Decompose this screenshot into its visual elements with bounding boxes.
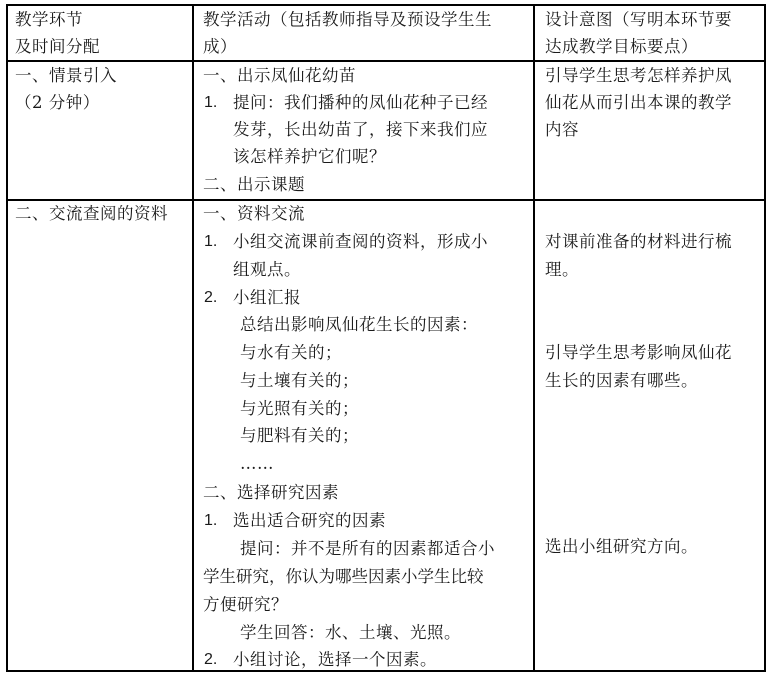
row1-item1-line-3: 该怎样养护它们呢？ bbox=[233, 143, 386, 170]
row2-item2-line-1: 总结出影响凤仙花生长的因素： bbox=[240, 311, 478, 338]
row1-item1-line-2: 发芽，长出幼苗了，接下来我们应 bbox=[233, 116, 488, 143]
row1-intent-line-2: 仙花从而引出本课的教学 bbox=[545, 89, 732, 116]
row2-item4-number: 2. bbox=[204, 646, 217, 673]
row2-item3-number: 1. bbox=[204, 507, 217, 534]
row2-item2-title: 小组汇报 bbox=[233, 284, 301, 311]
row2-item1-number: 1. bbox=[204, 228, 217, 255]
row2-stage-title: 二、交流查阅的资料 bbox=[15, 200, 168, 227]
row2-item3-line-4: 学生回答：水、土壤、光照。 bbox=[240, 619, 461, 646]
row2-intent-a-line-2: 理。 bbox=[545, 256, 579, 283]
row2-activity-heading-2: 二、选择研究因素 bbox=[203, 479, 339, 506]
row1-activity-heading-1: 一、出示凤仙花幼苗 bbox=[203, 62, 356, 89]
row2-intent-b-line-1: 引导学生思考影响凤仙花 bbox=[545, 339, 732, 366]
header-activity-line-1: 教学活动（包括教师指导及预设学生生 bbox=[203, 6, 492, 33]
row2-item2-number: 2. bbox=[204, 284, 217, 311]
row2-item2-line-2: 与水有关的； bbox=[240, 339, 342, 366]
row1-stage-time: （2 分钟） bbox=[15, 89, 100, 116]
row2-item3-line-3: 方便研究？ bbox=[203, 591, 288, 618]
row2-item2-line-3: 与土壤有关的； bbox=[240, 367, 359, 394]
row2-activity-heading-1: 一、资料交流 bbox=[203, 200, 305, 227]
header-intent-line-1: 设计意图（写明本环节要 bbox=[545, 6, 732, 33]
header-intent-line-2: 达成教学目标要点） bbox=[545, 33, 698, 60]
row1-intent-line-3: 内容 bbox=[545, 116, 579, 143]
row1-activity-heading-2: 二、出示课题 bbox=[203, 171, 305, 198]
row2-item3-line-2: 学生研究，你认为哪些因素小学生比较 bbox=[203, 563, 484, 590]
header-activity-line-2: 成） bbox=[203, 33, 237, 60]
row2-item3-line-1: 提问：并不是所有的因素都适合小 bbox=[240, 535, 495, 562]
row2-item1-line-2: 组观点。 bbox=[233, 256, 301, 283]
row1-intent-line-1: 引导学生思考怎样养护凤 bbox=[545, 62, 732, 89]
row2-item2-line-4: 与光照有关的； bbox=[240, 395, 359, 422]
row2-item3-title: 选出适合研究的因素 bbox=[233, 507, 386, 534]
row2-item4-title: 小组讨论，选择一个因素。 bbox=[233, 646, 437, 673]
row1-item1-line-1: 提问：我们播种的凤仙花种子已经 bbox=[233, 89, 488, 116]
row2-item2-line-6: …… bbox=[240, 450, 274, 477]
row1-stage-title: 一、情景引入 bbox=[15, 62, 117, 89]
row2-intent-a-line-1: 对课前准备的材料进行梳 bbox=[545, 228, 732, 255]
row2-item1-line-1: 小组交流课前查阅的资料，形成小 bbox=[233, 228, 488, 255]
header-stage-line-2: 及时间分配 bbox=[15, 33, 100, 60]
row2-intent-b-line-2: 生长的因素有哪些。 bbox=[545, 367, 698, 394]
column-divider-2 bbox=[533, 6, 535, 670]
header-stage-line-1: 教学环节 bbox=[15, 6, 83, 33]
row1-item1-number: 1. bbox=[204, 89, 217, 116]
column-divider-1 bbox=[192, 6, 194, 670]
row2-intent-c-line-1: 选出小组研究方向。 bbox=[545, 533, 698, 560]
row2-item2-line-5: 与肥料有关的； bbox=[240, 422, 359, 449]
